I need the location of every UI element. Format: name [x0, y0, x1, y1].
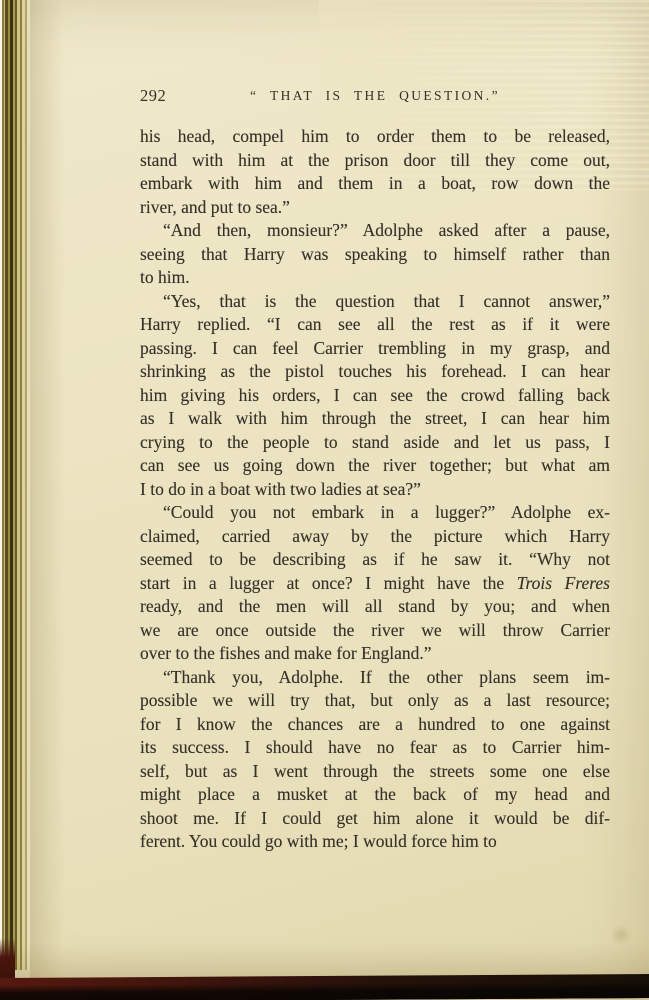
book-binding-edge: [0, 0, 30, 970]
text-line: I to do in a boat with two ladies at sea…: [140, 478, 610, 502]
paper-stain: [215, 480, 231, 494]
text-line: Harry replied. “I can see all the rest a…: [140, 313, 610, 337]
text-line: as I walk with him through the street, I…: [140, 407, 610, 431]
text-line: start in a lugger at once? I might have …: [140, 572, 610, 596]
text-line: shrinking as the pistol touches his fore…: [140, 360, 610, 384]
cover-bottom-band: [0, 974, 649, 1000]
text-line: over to the fishes and make for England.…: [140, 642, 610, 666]
text-line: crying to the people to stand aside and …: [140, 431, 610, 455]
text-line: river, and put to sea.”: [140, 196, 610, 220]
text-line: shoot me. If I could get him alone it wo…: [140, 807, 610, 831]
text-line: claimed, carried away by the picture whi…: [140, 525, 610, 549]
text-line: for I know the chances are a hundred to …: [140, 713, 610, 737]
text-line: “Could you not embark in a lugger?” Adol…: [140, 501, 610, 525]
text-line: can see us going down the river together…: [140, 454, 610, 478]
text-body: his head, compel him to order them to be…: [140, 125, 610, 854]
text-line: “Thank you, Adolphe. If the other plans …: [140, 666, 610, 690]
text-line: him giving his orders, I can see the cro…: [140, 384, 610, 408]
book-page: 292 “ THAT IS THE QUESTION.” his head, c…: [0, 0, 649, 1000]
text-line: passing. I can feel Carrier trembling in…: [140, 337, 610, 361]
text-line: ready, and the men will all stand by you…: [140, 595, 610, 619]
text-line: ferent. You could go with me; I would fo…: [140, 830, 610, 854]
text-line: to him.: [140, 266, 610, 290]
text-line: his head, compel him to order them to be…: [140, 125, 610, 149]
running-header-title: “ THAT IS THE QUESTION.”: [140, 88, 610, 104]
text-line: stand with him at the prison door till t…: [140, 149, 610, 173]
text-line: seeing that Harry was speaking to himsel…: [140, 243, 610, 267]
text-line: its success. I should have no fear as to…: [140, 736, 610, 760]
text-line: self, but as I went through the streets …: [140, 760, 610, 784]
text-line: possible we will try that, but only as a…: [140, 689, 610, 713]
text-line: might place a musket at the back of my h…: [140, 783, 610, 807]
text-line: “And then, monsieur?” Adolphe asked afte…: [140, 219, 610, 243]
text-line: “Yes, that is the question that I cannot…: [140, 290, 610, 314]
text-line: we are once outside the river we will th…: [140, 619, 610, 643]
page-header: 292 “ THAT IS THE QUESTION.”: [140, 86, 610, 106]
text-line: embark with him and them in a boat, row …: [140, 172, 610, 196]
binding-shadow: [30, 0, 64, 1000]
text-line: seemed to be describing as if he saw it.…: [140, 548, 610, 572]
